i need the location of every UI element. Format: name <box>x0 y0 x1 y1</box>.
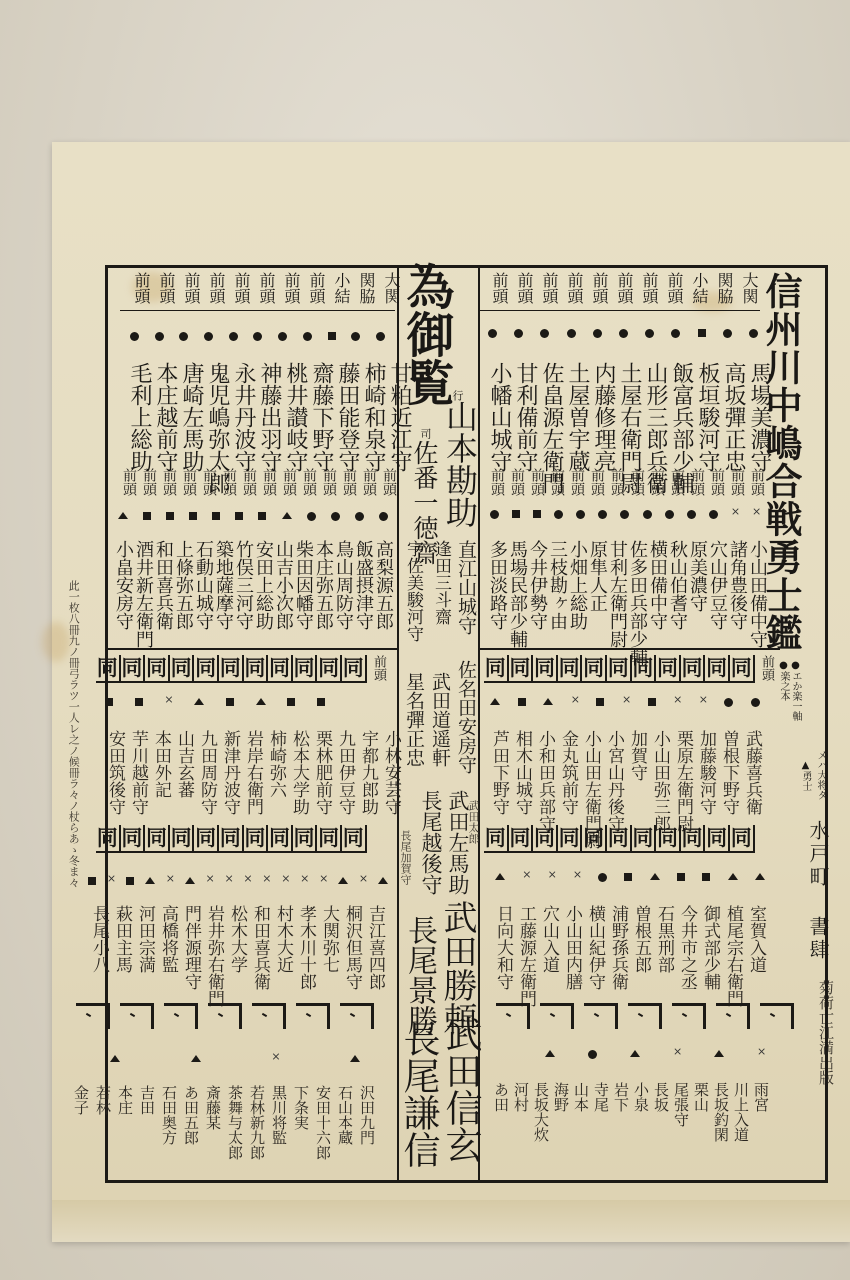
warrior-name: あ田 <box>488 1082 508 1142</box>
warrior-name: 小林安芸守 <box>376 730 399 815</box>
left-bracket-row <box>76 1003 374 1029</box>
rank-label: 前頭 <box>136 468 156 496</box>
left-same-row: 同同同同同同同同同同同 <box>96 655 367 683</box>
rank-label: 前頭 <box>632 272 657 304</box>
warrior-name: 萩田主馬 <box>107 905 130 1007</box>
header-rule <box>480 310 760 311</box>
warrior-name: 小泉 <box>628 1082 648 1142</box>
warrior-name: 松木大学 <box>222 905 245 1007</box>
warrior-name: 小山田備中守 <box>746 540 766 666</box>
same-mark: 同 <box>268 825 293 853</box>
warrior-name: 松本大学助 <box>284 730 307 815</box>
warrior-name: 村木大近 <box>268 905 291 1007</box>
same-mark: 同 <box>705 655 730 683</box>
warrior-name: 安田十六郎 <box>308 1085 330 1160</box>
rank-label: 前頭 <box>644 468 664 496</box>
warrior-name: 石黒刑部 <box>649 905 672 1007</box>
warrior-name: 飯盛摂津守 <box>352 540 372 648</box>
rank-label: 前頭 <box>544 468 564 496</box>
center-name: 武田道遥軒 <box>430 672 449 767</box>
rank-label: 前頭 <box>484 468 504 496</box>
warrior-name: 茶舞与太郎 <box>220 1085 242 1160</box>
rank-label: 前頭 <box>236 468 256 496</box>
warrior-name: 若林新九郎 <box>242 1085 264 1160</box>
warrior-name: 長坂釣閑 <box>708 1082 728 1142</box>
same-mark: 同 <box>170 655 195 683</box>
warrior-name: 寺尾 <box>588 1082 608 1142</box>
rank-label: 関脇 <box>349 272 374 304</box>
right-tier4-names: 室賀入道 植尾宗右衛門 御式部少輔 今井市之丞 石黒刑部 曽根五郎 浦野孫兵衛 … <box>488 905 764 1007</box>
warrior-name: 山本 <box>568 1082 588 1142</box>
rank-label: 前頭 <box>296 468 316 496</box>
mark-row <box>130 332 385 341</box>
warrior-name: 芋川越前守 <box>123 730 146 815</box>
left-rank-header: 大関 関脇 小結 前頭 前頭 前頭 前頭 前頭 前頭 前頭 前頭 <box>124 272 399 304</box>
same-mark: 同 <box>317 825 342 853</box>
same-mark: 同 <box>342 655 367 683</box>
same-mark: 同 <box>194 655 219 683</box>
warrior-name: 鳥山周防守 <box>332 540 352 648</box>
warrior-name: 御式部少輔 <box>695 905 718 1007</box>
rank-label: 大関 <box>374 272 399 304</box>
warrior-name: 河村 <box>508 1082 528 1142</box>
same-mark: 同 <box>582 655 607 683</box>
rank-label: 前頭 <box>196 468 216 496</box>
same-mark: 同 <box>607 825 632 853</box>
warrior-name: 和田喜兵衛 <box>245 905 268 1007</box>
same-mark: 同 <box>533 655 558 683</box>
same-mark: 同 <box>656 655 681 683</box>
rank-label: 前頭 <box>664 468 684 496</box>
rank-label: 前頭 <box>760 655 773 681</box>
left-same-row-2: 同同同同同同同同同同同 <box>96 825 367 853</box>
rank-label: 前頭 <box>657 272 682 304</box>
warrior-name: 和田喜兵衛 <box>152 540 172 648</box>
center-name: 長尾加賀守 <box>400 830 411 885</box>
paper-fold <box>52 1200 850 1242</box>
warrior-name: 雨宮 <box>748 1082 768 1142</box>
warrior-name: 岩井弥右衛門 <box>199 905 222 1007</box>
warrior-name: 小山田内膳 <box>557 905 580 1007</box>
warrior-name: 金子 <box>66 1085 88 1160</box>
rank-label: 前頭 <box>336 468 356 496</box>
rank-label: 前頭 <box>299 272 324 304</box>
same-mark: 同 <box>705 825 730 853</box>
center-name: 長尾謙信 <box>400 1020 437 1168</box>
rank-label: 前頭 <box>582 272 607 304</box>
rank-label: 前頭 <box>744 468 764 496</box>
warrior-name: 岩下 <box>608 1082 628 1142</box>
rank-label: 前頭 <box>124 272 149 304</box>
mark-row <box>105 698 325 706</box>
warrior-name: 浦野孫兵衛 <box>603 905 626 1007</box>
rank-label: 小結 <box>682 272 707 304</box>
same-mark: 同 <box>730 655 755 683</box>
warrior-name: 今井伊勢守 <box>526 540 546 666</box>
same-mark: 同 <box>632 825 657 853</box>
header-rule <box>120 310 395 311</box>
right-tier2-names: 小山田備中守 諸角豊後守 穴山伊豆守 原美濃守 秋山伯耆守 横田備中守 佐多田兵… <box>486 540 766 666</box>
center-name: 宇佐美駿河守 <box>404 540 421 642</box>
left-tier3-names: 小林安芸守 宇都九郎助 九田伊豆守 栗林肥前守 松本大学助 柿崎弥六 岩岸右衛門… <box>100 730 399 815</box>
center-name: 逢田三斗齋 <box>432 540 449 625</box>
same-mark: 同 <box>509 825 534 853</box>
warrior-name: 小畑上総助 <box>566 540 586 666</box>
warrior-name: 工藤源左衛門 <box>511 905 534 1007</box>
same-mark: 同 <box>121 655 146 683</box>
rank-label: 前頭 <box>507 272 532 304</box>
rank-label: 前頭 <box>276 468 296 496</box>
warrior-name: 栗山 <box>688 1082 708 1142</box>
warrior-name: 曽根五郎 <box>626 905 649 1007</box>
right-bracket-row <box>496 1003 794 1029</box>
warrior-name: 小畠安房守 <box>112 540 132 648</box>
left-margin-note: 此一枚八冊九ノ冊弓ラツ一人レ之ノ候冊ラ々ノ杖らあゝ冬ま々 <box>66 580 80 888</box>
warrior-name: 穴山伊豆守 <box>706 540 726 666</box>
warrior-name: 横田備中守 <box>646 540 666 666</box>
same-mark: 同 <box>558 655 583 683</box>
warrior-name: 大関弥七 <box>314 905 337 1007</box>
same-mark: 同 <box>317 655 342 683</box>
mark-row <box>118 512 388 521</box>
warrior-name: 石田奥方 <box>154 1085 176 1160</box>
same-mark: 同 <box>730 825 755 853</box>
center-name: 直江山城守 <box>456 540 475 635</box>
warrior-name: 本田外記 <box>146 730 169 815</box>
rank-label: 前頭 <box>256 468 276 496</box>
warrior-name: 門伴源理守 <box>176 905 199 1007</box>
warrior-name: 若林 <box>88 1085 110 1160</box>
center-name: 武田左馬助 <box>447 790 468 895</box>
rank-label: 前頭 <box>376 468 396 496</box>
warrior-name: 植尾宗右衛門 <box>718 905 741 1007</box>
warrior-name: 桐沢但馬守 <box>337 905 360 1007</box>
same-mark: 同 <box>244 655 269 683</box>
same-mark: 同 <box>558 825 583 853</box>
rank-label: 前頭 <box>482 272 507 304</box>
same-mark: 同 <box>96 655 121 683</box>
same-mark: 同 <box>484 655 509 683</box>
warrior-name: 室賀入道 <box>741 905 764 1007</box>
warrior-name: 吉江喜四郎 <box>360 905 383 1007</box>
mark-row <box>88 877 388 885</box>
warrior-name: 上條弥五郎 <box>172 540 192 648</box>
warrior-name: 沢田九門 <box>352 1085 374 1160</box>
center-name: 武田信玄 <box>442 1015 479 1163</box>
rank-label: 前頭 <box>199 272 224 304</box>
warrior-name: 石山本蔵 <box>330 1085 352 1160</box>
rank-label: 前頭 <box>176 468 196 496</box>
same-mark: 同 <box>244 825 269 853</box>
warrior-name: 川上入道 <box>728 1082 748 1142</box>
warrior-name: 黒川将監 <box>264 1085 286 1160</box>
rank-label: 前頭 <box>174 272 199 304</box>
warrior-name: 横山紀伊守 <box>580 905 603 1007</box>
same-mark: 同 <box>170 825 195 853</box>
same-mark: 同 <box>194 825 219 853</box>
warrior-name: 諸角豊後守 <box>726 540 746 666</box>
warrior-name: 長尾小八 <box>84 905 107 1007</box>
mark-row <box>545 1050 765 1059</box>
warrior-name: 岩岸右衛門 <box>238 730 261 815</box>
warrior-name: 柿崎弥六 <box>261 730 284 815</box>
warrior-name: 新津丹波守 <box>215 730 238 815</box>
warrior-name: 孝木川十郎 <box>291 905 314 1007</box>
rank-label: 関脇 <box>707 272 732 304</box>
warrior-name: 今井市之丞 <box>672 905 695 1007</box>
warrior-name: 長坂 <box>648 1082 668 1142</box>
same-mark: 同 <box>582 825 607 853</box>
mark-row <box>490 510 760 519</box>
same-mark: 同 <box>656 825 681 853</box>
warrior-name: 山吉小次郎 <box>272 540 292 648</box>
center-name: 佐名田安房守 <box>456 660 475 774</box>
warrior-name: 栗林肥前守 <box>307 730 330 815</box>
warrior-name: 三枝勘ヶ由 <box>546 540 566 666</box>
warrior-name: 穴山入道 <box>534 905 557 1007</box>
warrior-name: 原美濃守 <box>686 540 706 666</box>
same-mark: 同 <box>219 825 244 853</box>
warrior-name: 九田伊豆守 <box>330 730 353 815</box>
warrior-name: 築地薩摩守 <box>212 540 232 648</box>
warrior-name: 吉田 <box>132 1085 154 1160</box>
left-tier4-names: 吉江喜四郎 桐沢但馬守 大関弥七 孝木川十郎 村木大近 和田喜兵衛 松木大学 岩… <box>84 905 383 1007</box>
mark-row <box>490 698 760 707</box>
warrior-name: 尾張守 <box>668 1082 688 1142</box>
warrior-name: 本庄 <box>110 1085 132 1160</box>
warrior-name: 高梨源五郎 <box>372 540 392 648</box>
rank-label: 前頭 <box>149 272 174 304</box>
rank-label: 大関 <box>732 272 757 304</box>
center-name: 長尾景勝 <box>404 915 434 1035</box>
right-same-row: 同同同同同同同同同同同 <box>484 655 755 683</box>
right-tier2-rank: 前頭 前頭 前頭 前頭 前頭 前頭 前頭 前頭 前頭 前頭 前頭 前頭 前頭 前… <box>484 468 764 496</box>
left-tier5-names: 沢田九門 石山本蔵 安田十六郎 下条実 黒川将監 若林新九郎 茶舞与太郎 斎藤某… <box>66 1085 374 1160</box>
warrior-name: あ田五郎 <box>176 1085 198 1160</box>
warrior-name: 馬場民部少輔 <box>506 540 526 666</box>
mark-row <box>495 873 765 882</box>
center-name: 長尾越後守 <box>420 790 441 895</box>
rank-label: 前頭 <box>607 272 632 304</box>
mark-row <box>110 1055 360 1063</box>
warrior-name: 酒井新左衛門 <box>132 540 152 648</box>
warrior-name: 甘利左衛門尉 <box>606 540 626 666</box>
rank-label: 前頭 <box>372 655 385 681</box>
rank-label: 前頭 <box>116 468 136 496</box>
same-mark: 同 <box>681 825 706 853</box>
rank-label: 前頭 <box>684 468 704 496</box>
warrior-name: 柴田因幡守 <box>292 540 312 648</box>
rank-label: 前頭 <box>724 468 744 496</box>
rank-label: 前頭 <box>249 272 274 304</box>
right-same-row-2: 同同同同同同同同同同同 <box>484 825 755 853</box>
warrior-name: 高橋将監 <box>153 905 176 1007</box>
rank-label: 前頭 <box>156 468 176 496</box>
warrior-name: 石動山城守 <box>192 540 212 648</box>
warrior-name: 宇都九郎助 <box>353 730 376 815</box>
same-mark: 同 <box>121 825 146 853</box>
rank-label: 前頭 <box>584 468 604 496</box>
rank-label: 前頭 <box>532 272 557 304</box>
warrior-name: 本庄弥五郎 <box>312 540 332 648</box>
warrior-name: 佐多田兵部少輔 <box>626 540 646 666</box>
same-mark: 同 <box>145 825 170 853</box>
same-mark: 同 <box>533 825 558 853</box>
tsukasa-label: 司 <box>420 428 431 439</box>
left-tier2-names: 高梨源五郎 飯盛摂津守 鳥山周防守 本庄弥五郎 柴田因幡守 山吉小次郎 安田上総… <box>112 540 392 648</box>
same-mark: 同 <box>145 655 170 683</box>
same-mark: 同 <box>484 825 509 853</box>
rank-label: 前頭 <box>704 468 724 496</box>
rank-label: 前頭 <box>604 468 624 496</box>
gyoji-name: 山本勘助 <box>444 400 476 528</box>
same-mark: 同 <box>219 655 244 683</box>
right-rank-header: 大関 関脇 小結 前頭 前頭 前頭 前頭 前頭 前頭 前頭 前頭 <box>482 272 757 304</box>
same-mark: 同 <box>96 825 121 853</box>
center-name: 武田太郎 <box>468 800 479 844</box>
rank-label: 前頭 <box>624 468 644 496</box>
warrior-name: 下条実 <box>286 1085 308 1160</box>
warrior-name: 原隼人正 <box>586 540 606 666</box>
rank-label: 前頭 <box>504 468 524 496</box>
warrior-name: 竹俣三河守 <box>232 540 252 648</box>
rank-label: 前頭 <box>316 468 336 496</box>
tier-divider <box>108 648 398 650</box>
right-tier5-names: 雨宮 川上入道 長坂釣閑 栗山 尾張守 長坂 小泉 岩下 寺尾 山本 海野 長坂… <box>488 1082 768 1142</box>
warrior-name: 海野 <box>548 1082 568 1142</box>
center-name: 星名彈正忠 <box>404 672 423 767</box>
rank-label: 前頭 <box>557 272 582 304</box>
warrior-name: 秋山伯耆守 <box>666 540 686 666</box>
warrior-name: 長坂大炊 <box>528 1082 548 1142</box>
rank-label: 前頭 <box>564 468 584 496</box>
rank-label: 前頭 <box>224 272 249 304</box>
same-mark: 同 <box>607 655 632 683</box>
warrior-name: 九田周防守 <box>192 730 215 815</box>
same-mark: 同 <box>293 655 318 683</box>
warrior-name: 安田筑後守 <box>100 730 123 815</box>
rank-label: 前頭 <box>524 468 544 496</box>
warrior-name: 斎藤某 <box>198 1085 220 1160</box>
warrior-name: 多田淡路守 <box>486 540 506 666</box>
same-mark: 同 <box>268 655 293 683</box>
mark-row <box>488 329 758 338</box>
left-tier2-rank: 前頭 前頭 前頭 前頭 前頭 前頭 前頭 前頭 前頭 前頭 前頭 前頭 前頭 前… <box>116 468 396 496</box>
warrior-name: 山吉玄蕃 <box>169 730 192 815</box>
same-mark: 同 <box>509 655 534 683</box>
warrior-name: 河田宗満 <box>130 905 153 1007</box>
rank-label: 小結 <box>324 272 349 304</box>
same-mark: 同 <box>632 655 657 683</box>
warrior-name: 日向大和守 <box>488 905 511 1007</box>
rank-label: 前頭 <box>274 272 299 304</box>
same-mark: 同 <box>293 825 318 853</box>
same-mark: 同 <box>342 825 367 853</box>
warrior-name: 安田上総助 <box>252 540 272 648</box>
rank-label: 前頭 <box>356 468 376 496</box>
same-mark: 同 <box>681 655 706 683</box>
rank-label: 前頭 <box>216 468 236 496</box>
